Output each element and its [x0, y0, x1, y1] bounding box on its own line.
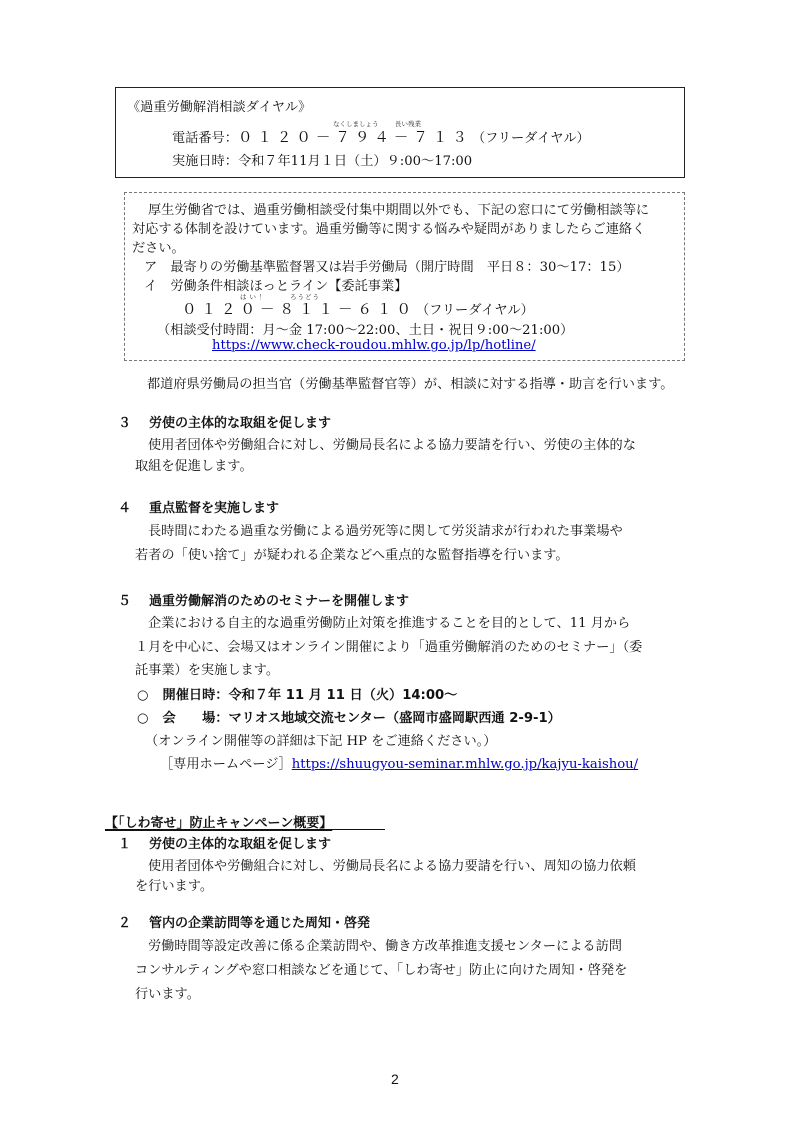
seminar-venue-value: マリオス地域交流センター（盛岡市盛岡駅西通 2-9-1） [228, 711, 560, 726]
section-number: ５ [118, 594, 131, 609]
seminar-venue-line: ○会 場：マリオス地域交流センター（盛岡市盛岡駅西通 2-9-1） [137, 707, 561, 726]
hotline-hours: （相談受付時間：月～金 17:00～22:00、土日・祝日９:00～21:00） [157, 319, 573, 338]
seminar-online-note: （オンライン開催等の詳細は下記 HP をご連絡ください。） [145, 730, 496, 749]
labour-bureau-note: 都道府県労働局の担当官（労働基準監督官等）が、相談に対する指導・助言を行います。 [147, 373, 673, 392]
section-3-heading: ３労使の主体的な取組を促します [118, 412, 331, 431]
section-title: 労使の主体的な取組を促します [149, 837, 331, 852]
date-label: 実施日時： [172, 154, 238, 169]
campaign-section-2-line-3: 行います。 [135, 983, 200, 1002]
section-4-line-1: 長時間にわたる過重な労働による過労死等に関して労災請求が行われた事業場や [148, 520, 623, 539]
section-5-line-3: 託事業）を実施します。 [135, 659, 279, 678]
campaign-section-1-line-1: 使用者団体や労働組合に対し、労働局長名による協力要請を行い、周知の協力依頼 [148, 855, 636, 874]
section-5-line-2: １月を中心に、会場又はオンライン開催により「過重労働解消のためのセミナー」（委 [135, 636, 642, 655]
campaign-section-2-line-2: コンサルティングや窓口相談などを通じて、「しわ寄せ」防止に向けた周知・啓発を [135, 959, 627, 978]
seminar-venue-label: 会 場： [163, 711, 229, 726]
campaign-title-underline [105, 829, 385, 830]
dial-date-line: 実施日時：令和７年11月１日（土）９:00～17:00 [172, 150, 472, 169]
seminar-date-label: 開催日時： [163, 688, 229, 703]
campaign-section-1-line-2: を行います。 [135, 875, 213, 894]
hotline-suffix: （フリーダイヤル） [416, 303, 534, 318]
campaign-section-2-line-1: 労働時間等設定改善に係る企業訪問や、働き方改革推進支援センターによる訪問 [148, 935, 622, 954]
section-title: 重点監督を実施します [149, 501, 279, 516]
section-title: 労使の主体的な取組を促します [149, 416, 331, 431]
date-value: 令和７年11月１日（土）９:00～17:00 [238, 154, 472, 169]
hotline-number-line: ０１２０－８１１－６１０（フリーダイヤル） [182, 298, 534, 319]
campaign-section-2-heading: ２管内の企業訪問等を通じた周知・啓発 [118, 912, 370, 931]
phone-label: 電話番号： [172, 131, 238, 146]
page-number: 2 [391, 1071, 399, 1087]
bullet-circle: ○ [137, 688, 149, 703]
hotline-number: ０１２０－８１１－６１０ [182, 302, 416, 318]
section-number: ３ [118, 416, 131, 431]
seminar-date-value: 令和７年 11 月 11 日（火）14:00～ [228, 688, 457, 703]
phone-suffix: （フリーダイヤル） [472, 131, 590, 146]
section-number: ４ [118, 501, 131, 516]
section-5-line-1: 企業における自主的な過重労働防止対策を推進することを目的として、11 月から [148, 612, 630, 631]
section-3-line-2: 取組を促進します。 [135, 455, 253, 474]
section-4-line-2: 若者の「使い捨て」が疑われる企業などへ重点的な監督指導を行います。 [135, 544, 569, 563]
homepage-label: ［専用ホームページ］ [160, 757, 292, 772]
bullet-circle: ○ [137, 711, 149, 726]
section-number: ２ [118, 916, 131, 931]
seminar-homepage-link[interactable]: https://shuugyou-seminar.mhlw.go.jp/kajy… [292, 757, 638, 772]
section-title: 過重労働解消のためのセミナーを開催します [149, 594, 409, 609]
section-4-heading: ４重点監督を実施します [118, 497, 279, 516]
section-number: １ [118, 837, 131, 852]
seminar-homepage-line: ［専用ホームページ］https://shuugyou-seminar.mhlw.… [160, 753, 638, 772]
section-5-heading: ５過重労働解消のためのセミナーを開催します [118, 590, 409, 609]
section-3-line-1: 使用者団体や労働組合に対し、労働局長名による協力要請を行い、労使の主体的な [148, 434, 636, 453]
campaign-section-1-heading: １労使の主体的な取組を促します [118, 833, 331, 852]
seminar-date-line: ○開催日時：令和７年 11 月 11 日（火）14:00～ [137, 684, 457, 703]
dial-phone-line: 電話番号：０１２０－７９４－７１３（フリーダイヤル） [172, 126, 590, 147]
info-line-3: ださい。 [132, 237, 185, 256]
hotline-url-link[interactable]: https://www.check-roudou.mhlw.go.jp/lp/h… [212, 338, 536, 353]
info-item-i: イ 労働条件相談ほっとライン【委託事業】 [144, 275, 407, 294]
info-line-2: 対応する体制を設けています。過重労働等に関する悩みや疑問がありましたらご連絡く [132, 218, 645, 237]
dial-box-title: 《過重労働解消相談ダイヤル》 [127, 96, 311, 115]
info-line-1: 厚生労働省では、過重労働相談受付集中期間以外でも、下記の窓口にて労働相談等に [148, 199, 649, 218]
info-item-a: ア 最寄りの労働基準監督署又は岩手労働局（開庁時間 平日８：30～17：15） [144, 256, 630, 275]
section-title: 管内の企業訪問等を通じた周知・啓発 [149, 916, 370, 931]
dial-phone-number: ０１２０－７９４－７１３ [238, 130, 472, 146]
